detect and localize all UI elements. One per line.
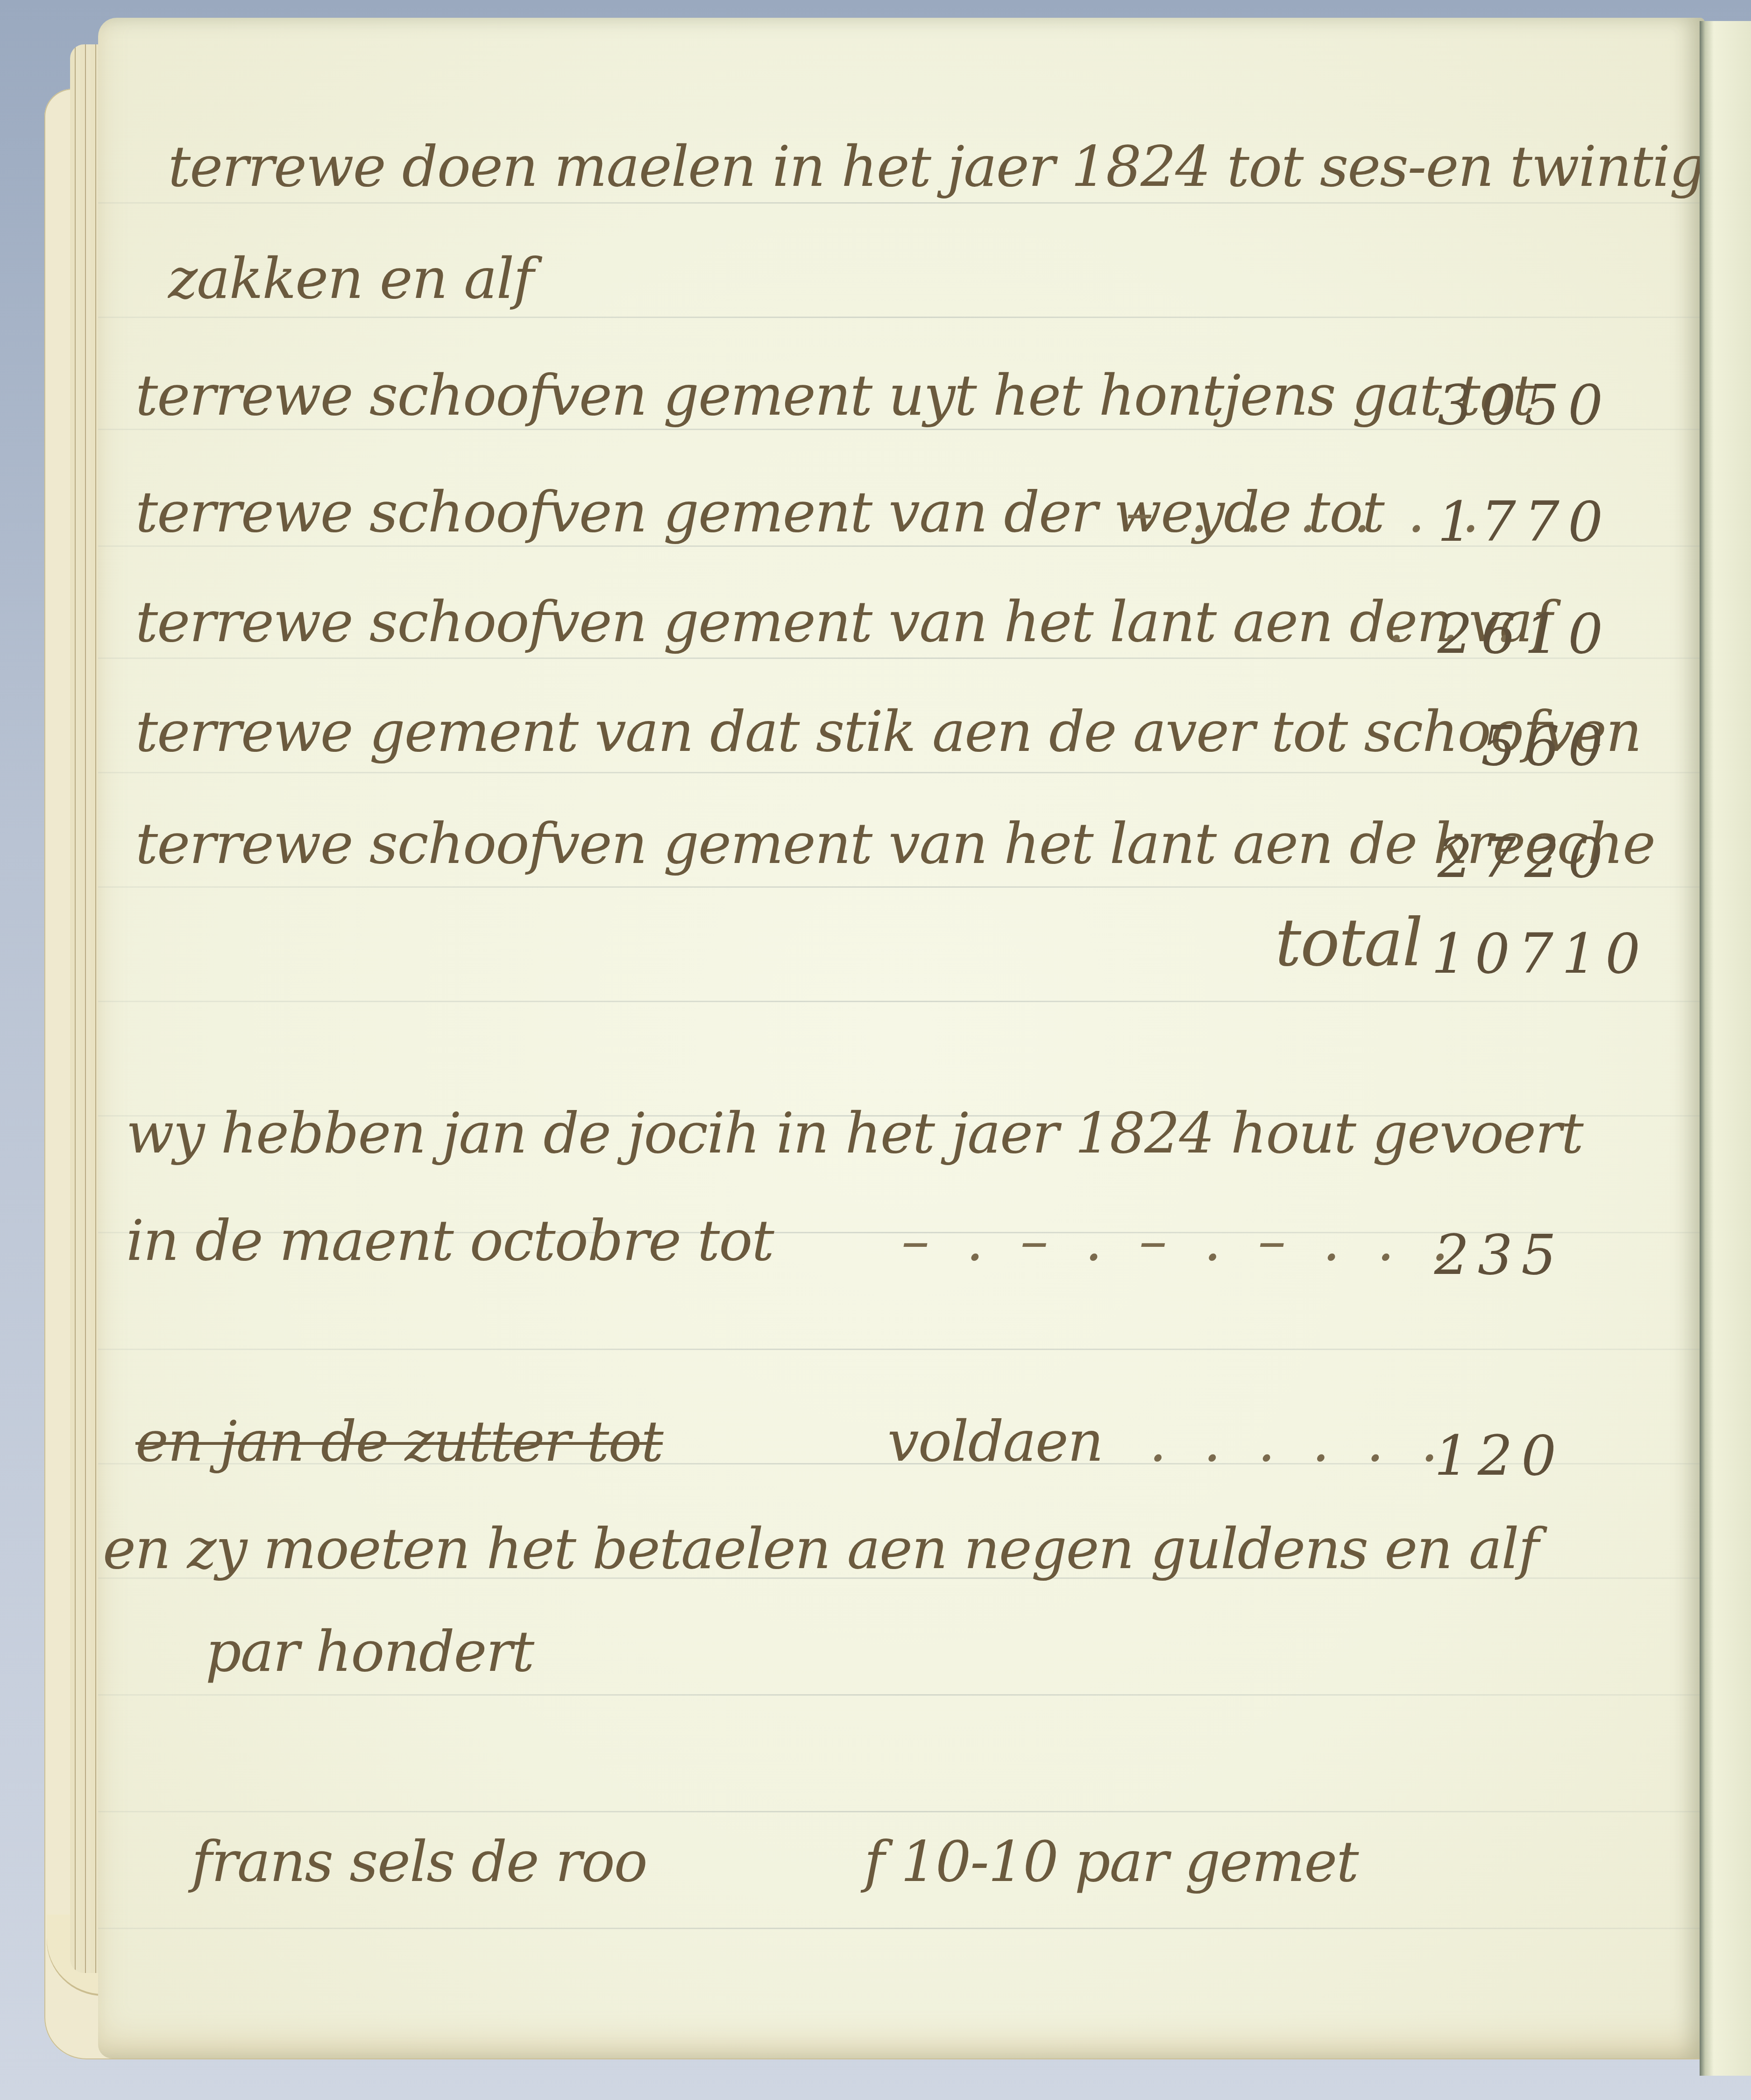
section4-line-2: par hondert — [206, 1619, 533, 1684]
settled-note: voldaen — [887, 1409, 1103, 1474]
section2-amount: 235 — [1322, 1223, 1565, 1287]
ruled-line — [98, 1349, 1705, 1350]
ruled-line — [98, 1928, 1705, 1929]
ruled-line — [98, 1694, 1705, 1696]
entry-text: terrewe schoofven gement uyt het hontjen… — [135, 363, 1534, 428]
entry-text: terrewe schoofven gement van het lant ae… — [135, 590, 1552, 655]
section2-line-1: wy hebben jan de jocih in het jaer 1824 … — [126, 1101, 1583, 1166]
ruled-line — [98, 1001, 1705, 1002]
header-line-2: zakken en alf — [168, 247, 533, 311]
section3-amount: 120 — [1322, 1423, 1565, 1488]
entry-amount: 2720 — [1368, 826, 1611, 890]
section2-line-2: in de maent octobre tot — [126, 1209, 773, 1273]
ruled-line — [98, 317, 1705, 318]
entry-amount: 3050 — [1368, 373, 1611, 437]
total-label: total — [1275, 905, 1422, 981]
ruled-line — [98, 202, 1705, 204]
struck-entry: en jan de zutter tot — [135, 1409, 663, 1474]
section4-line-1: en zy moeten het betaelen aen negen guld… — [103, 1517, 1538, 1582]
footer-price: f 10-10 par gemet — [864, 1830, 1358, 1895]
entry-amount: 2610 — [1368, 601, 1611, 666]
page-edge-right — [1700, 21, 1751, 2076]
header-line-1: terrewe doen maelen in het jaer 1824 tot… — [168, 134, 1704, 199]
entry-amount: 560 — [1368, 714, 1611, 778]
ruled-line — [98, 1811, 1705, 1812]
ledger-page: terrewe doen maelen in het jaer 1824 tot… — [98, 18, 1705, 2058]
entry-amount: 1770 — [1368, 489, 1611, 554]
footer-name: frans sels de roo — [191, 1830, 647, 1895]
total-amount: 10710 — [1406, 921, 1649, 986]
